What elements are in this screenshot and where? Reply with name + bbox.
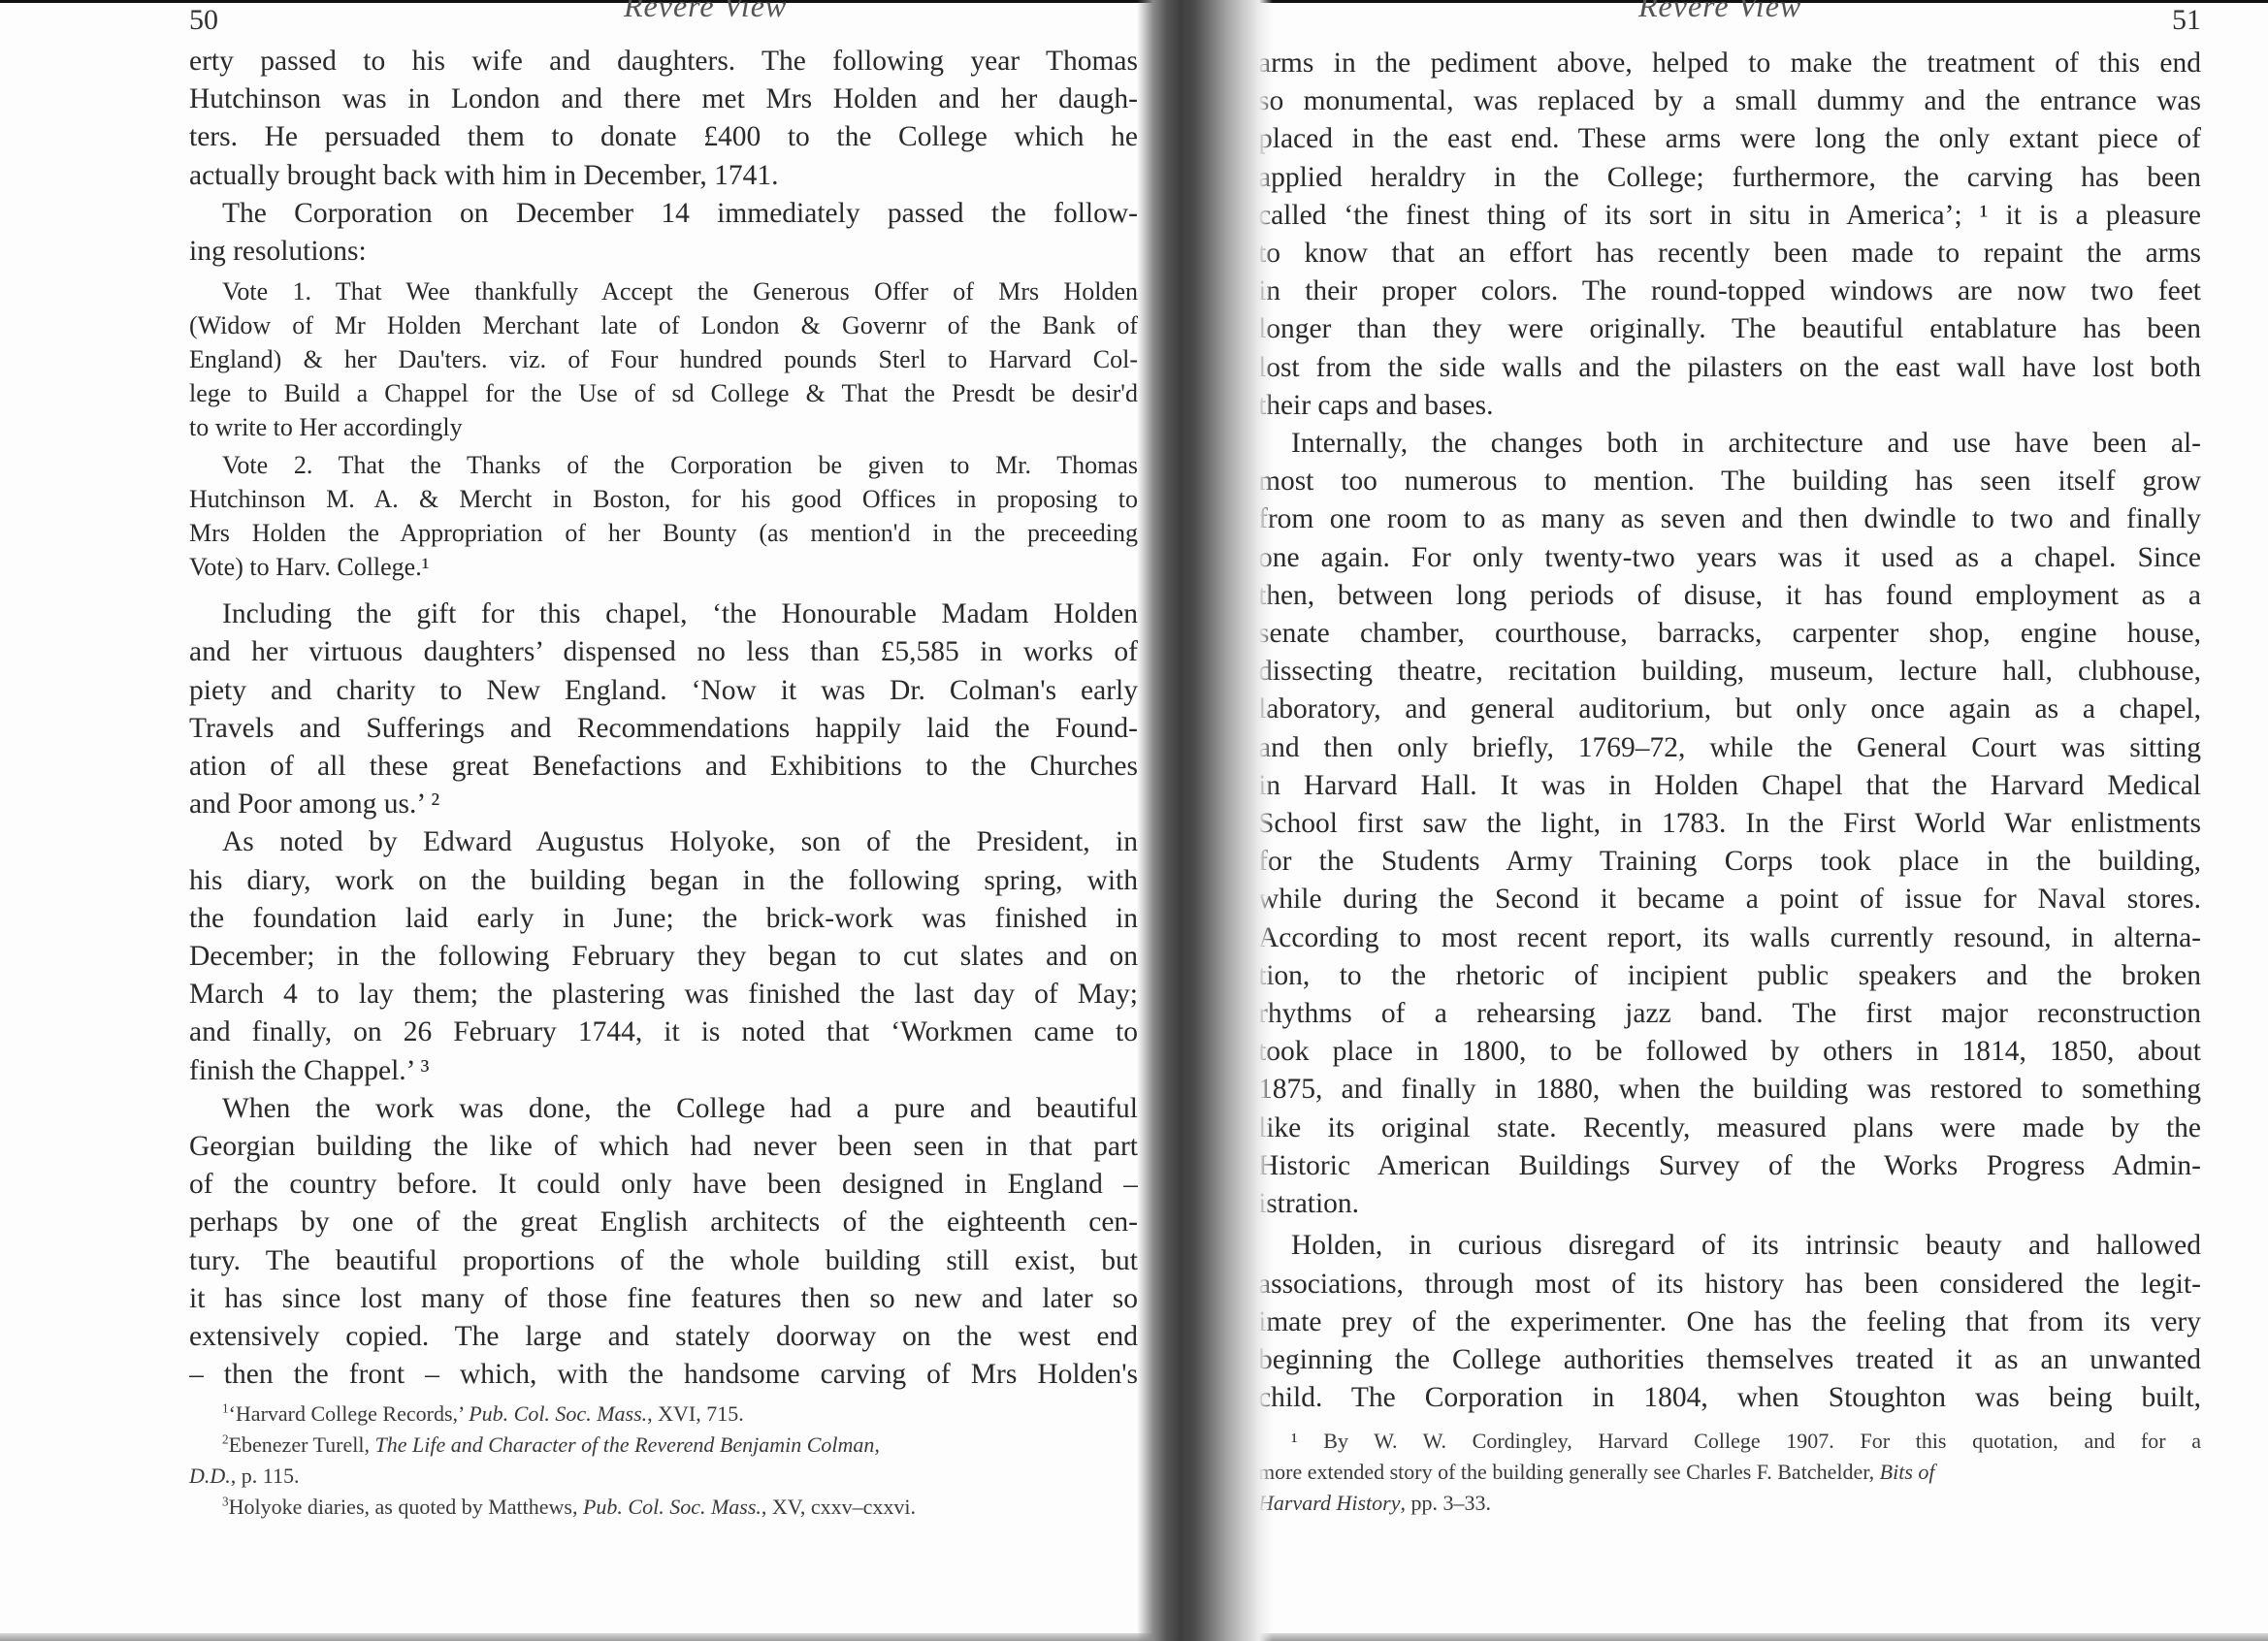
- text-line: their caps and bases.: [1258, 387, 2201, 425]
- text-line: 1875, and finally in 1880, when the buil…: [1258, 1071, 2201, 1109]
- text-line: Hutchinson was in London and there met M…: [189, 80, 1138, 118]
- text-line: – then the front – which, with the hands…: [189, 1356, 1138, 1394]
- text-line: then, between long periods of disuse, it…: [1258, 577, 2201, 615]
- text-line: to know that an effort has recently been…: [1258, 235, 2201, 273]
- text-line: beginning the College authorities themse…: [1258, 1341, 2201, 1379]
- text-line: most too numerous to mention. The buildi…: [1258, 463, 2201, 500]
- footnote-1: ¹ By W. W. Cordingley, Harvard College 1…: [1258, 1426, 2201, 1457]
- quote-line: to write to Her accordingly: [189, 410, 1138, 444]
- text-line: and then only briefly, 1769–72, while th…: [1258, 729, 2201, 767]
- text-line: rhythms of a rehearsing jazz band. The f…: [1258, 995, 2201, 1033]
- paragraph-arms-pediment: arms in the pediment above, helped to ma…: [1258, 45, 2201, 425]
- text-line: March 4 to lay them; the plastering was …: [189, 976, 1138, 1014]
- quote-line: Vote 2. That the Thanks of the Corporati…: [189, 448, 1138, 482]
- text-line: School first saw the light, in 1783. In …: [1258, 805, 2201, 843]
- text-line: lost from the side walls and the pilaste…: [1258, 349, 2201, 387]
- text-line: the foundation laid early in June; the b…: [189, 900, 1138, 938]
- text-line: for the Students Army Training Corps too…: [1258, 843, 2201, 881]
- text-line: Georgian building the like of which had …: [189, 1128, 1138, 1166]
- page-number-left: 50: [189, 4, 218, 37]
- text-line: Internally, the changes both in architec…: [1258, 425, 2201, 463]
- running-head-left: Revere View: [624, 0, 787, 24]
- text-line: in their proper colors. The round-topped…: [1258, 273, 2201, 310]
- text-line: placed in the east end. These arms were …: [1258, 120, 2201, 158]
- text-line: ing resolutions:: [189, 233, 1138, 271]
- quote-line: England) & her Dau'ters. viz. of Four hu…: [189, 342, 1138, 376]
- text-line: Holden, in curious disregard of its intr…: [1258, 1227, 2201, 1265]
- footnote-1: 1‘Harvard College Records,’ Pub. Col. So…: [189, 1399, 1138, 1430]
- text-line: actually brought back with him in Decemb…: [189, 157, 1138, 195]
- text-line: erty passed to his wife and daughters. T…: [189, 43, 1138, 80]
- paragraph-holden-gift: Including the gift for this chapel, ‘the…: [189, 595, 1138, 823]
- text-line: According to most recent report, its wal…: [1258, 919, 2201, 957]
- paragraph-holyoke-diary: As noted by Edward Augustus Holyoke, son…: [189, 823, 1138, 1089]
- text-line: The Corporation on December 14 immediate…: [189, 195, 1138, 233]
- quote-line: lege to Build a Chappel for the Use of s…: [189, 376, 1138, 410]
- text-line: tion, to the rhetoric of incipient publi…: [1258, 957, 2201, 995]
- text-line: ation of all these great Benefactions an…: [189, 748, 1138, 786]
- vote-2-quote: Vote 2. That the Thanks of the Corporati…: [189, 448, 1138, 584]
- text-line: As noted by Edward Augustus Holyoke, son…: [189, 823, 1138, 861]
- text-line: applied heraldry in the College; further…: [1258, 159, 2201, 197]
- text-line: so monumental, was replaced by a small d…: [1258, 82, 2201, 120]
- text-line: laboratory, and general auditorium, but …: [1258, 691, 2201, 728]
- text-line: December; in the following February they…: [189, 938, 1138, 976]
- text-line: arms in the pediment above, helped to ma…: [1258, 45, 2201, 82]
- quote-line: (Widow of Mr Holden Merchant late of Lon…: [189, 308, 1138, 342]
- text-line: while during the Second it became a poin…: [1258, 881, 2201, 918]
- text-line: Including the gift for this chapel, ‘the…: [189, 595, 1138, 633]
- footnote-2-continued: D.D., p. 115.: [189, 1461, 1138, 1492]
- text-line: piety and charity to New England. ‘Now i…: [189, 672, 1138, 710]
- quote-line: Vote 1. That Wee thankfully Accept the G…: [189, 274, 1138, 308]
- scan-bottom-edge: [0, 1633, 2268, 1641]
- scan-top-edge: [0, 0, 2268, 3]
- quote-line: Vote) to Harv. College.¹: [189, 550, 1138, 584]
- text-line: and finally, on 26 February 1744, it is …: [189, 1014, 1138, 1051]
- left-body-text: erty passed to his wife and daughters. T…: [189, 43, 1138, 1394]
- text-line: from one room to as many as seven and th…: [1258, 500, 2201, 538]
- text-line: istration.: [1258, 1185, 2201, 1223]
- quote-line: Mrs Holden the Appropriation of her Boun…: [189, 516, 1138, 550]
- text-line: finish the Chappel.’ ³: [189, 1052, 1138, 1090]
- text-line: associations, through most of its histor…: [1258, 1266, 2201, 1303]
- text-line: like its original state. Recently, measu…: [1258, 1110, 2201, 1147]
- text-line: ters. He persuaded them to donate £400 t…: [189, 118, 1138, 156]
- text-line: dissecting theatre, recitation building,…: [1258, 653, 2201, 691]
- text-line: Historic American Buildings Survey of th…: [1258, 1147, 2201, 1185]
- text-line: one again. For only twenty-two years was…: [1258, 539, 2201, 577]
- footnote-3: 3Holyoke diaries, as quoted by Matthews,…: [189, 1492, 1138, 1523]
- text-line: longer than they were originally. The be…: [1258, 310, 2201, 348]
- page-number-right: 51: [2172, 4, 2201, 37]
- text-line: of the country before. It could only hav…: [189, 1166, 1138, 1204]
- paragraph-holden-experimenter: Holden, in curious disregard of its intr…: [1258, 1227, 2201, 1417]
- text-line: his diary, work on the building began in…: [189, 862, 1138, 900]
- book-gutter-shadow: [1137, 0, 1273, 1641]
- text-line: and her virtuous daughters’ dispensed no…: [189, 633, 1138, 671]
- left-footnotes: 1‘Harvard College Records,’ Pub. Col. So…: [189, 1399, 1138, 1523]
- text-line: tury. The beautiful proportions of the w…: [189, 1242, 1138, 1280]
- text-line: When the work was done, the College had …: [189, 1090, 1138, 1128]
- text-line: it has since lost many of those fine fea…: [189, 1280, 1138, 1318]
- text-line: imate prey of the experimenter. One has …: [1258, 1303, 2201, 1341]
- vote-1-quote: Vote 1. That Wee thankfully Accept the G…: [189, 274, 1138, 444]
- text-line: child. The Corporation in 1804, when Sto…: [1258, 1379, 2201, 1417]
- quote-line: Hutchinson M. A. & Mercht in Boston, for…: [189, 482, 1138, 516]
- text-line: called ‘the finest thing of its sort in …: [1258, 197, 2201, 235]
- footnote-1-end: Harvard History, pp. 3–33.: [1258, 1488, 2201, 1519]
- right-body-text: arms in the pediment above, helped to ma…: [1258, 45, 2201, 1417]
- text-line: took place in 1800, to be followed by ot…: [1258, 1033, 2201, 1071]
- paragraph-georgian-building: When the work was done, the College had …: [189, 1090, 1138, 1395]
- text-line: Travels and Sufferings and Recommendatio…: [189, 710, 1138, 748]
- text-line: senate chamber, courthouse, barracks, ca…: [1258, 615, 2201, 653]
- paragraph-internal-changes: Internally, the changes both in architec…: [1258, 425, 2201, 1223]
- text-line: in Harvard Hall. It was in Holden Chapel…: [1258, 767, 2201, 805]
- text-line: and Poor among us.’ ²: [189, 786, 1138, 823]
- footnote-1-continued: more extended story of the building gene…: [1258, 1457, 2201, 1488]
- text-line: extensively copied. The large and statel…: [189, 1318, 1138, 1356]
- right-footnotes: ¹ By W. W. Cordingley, Harvard College 1…: [1258, 1426, 2201, 1519]
- running-head-right: Revere View: [1638, 0, 1801, 24]
- text-line: perhaps by one of the great English arch…: [189, 1204, 1138, 1241]
- footnote-2: 2Ebenezer Turell, The Life and Character…: [189, 1430, 1138, 1461]
